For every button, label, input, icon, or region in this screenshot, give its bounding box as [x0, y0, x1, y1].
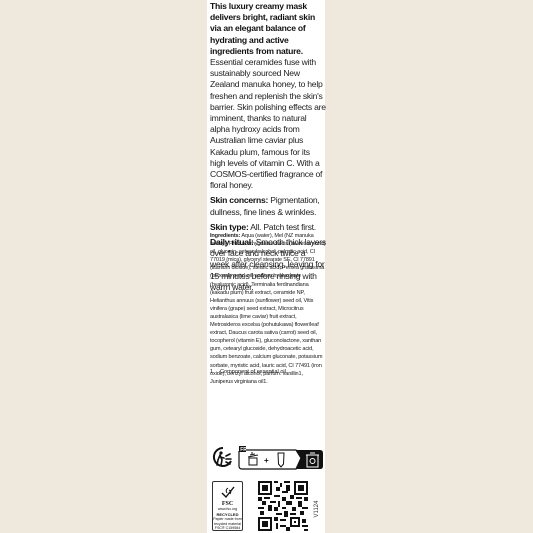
- skin-type-value: All. Patch test first.: [249, 222, 316, 232]
- footnote-text: Component of essential oil: [220, 369, 286, 375]
- skin-type-label: Skin type:: [210, 222, 249, 232]
- description-paragraph: This luxury creamy mask delivers bright,…: [210, 1, 326, 191]
- fsc-logo: FSC www.fsc.org RECYCLED Papier made fro…: [212, 481, 243, 531]
- recycling-info-box: FR +: [238, 446, 324, 470]
- footnote: 1Component of essential oil: [210, 368, 326, 376]
- footnote-number: 1: [210, 368, 220, 376]
- skin-concerns-label: Skin concerns:: [210, 195, 268, 205]
- jar-with-lid-icon: [248, 452, 258, 465]
- fsc-desc: Papier made from recycled material: [213, 517, 242, 526]
- ingredients-value: Aqua (water), Mel (NZ manuka honey), Pru…: [210, 233, 325, 385]
- ingredients-list: Ingredients: Aqua (water), Mel (NZ manuk…: [210, 232, 326, 386]
- skin-concerns: Skin concerns: Pigmentation, dullness, f…: [210, 195, 326, 217]
- description-body: Essential ceramides fuse with sustainabl…: [210, 57, 326, 190]
- batch-code: V1124: [314, 497, 322, 521]
- fsc-code: FSC® C159584: [213, 526, 242, 530]
- description-intro: This luxury creamy mask delivers bright,…: [210, 1, 315, 56]
- qr-code[interactable]: [258, 481, 308, 531]
- plus-sign: +: [264, 456, 269, 465]
- triman-recycling-icon: [212, 446, 234, 468]
- ingredients-label: Ingredients:: [210, 233, 240, 239]
- tube-icon: [278, 453, 284, 467]
- fsc-tree-check-icon: [220, 485, 236, 499]
